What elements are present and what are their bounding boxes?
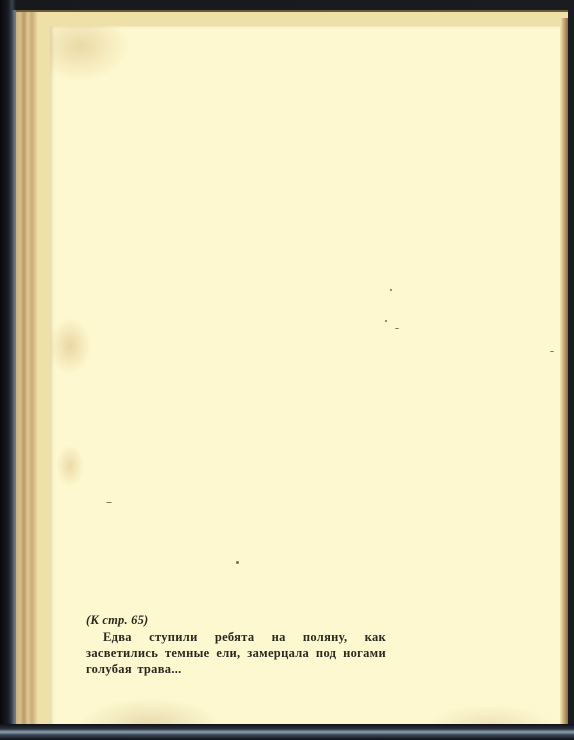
paper-speck <box>385 320 387 322</box>
page-right-edge <box>560 18 568 734</box>
paper-speck <box>395 328 399 329</box>
paper-speck <box>390 289 392 291</box>
scanner-bottom-edge <box>0 724 574 740</box>
illustration-caption: (К стр. 65) Едва ступили ребята на полян… <box>86 612 386 677</box>
paper-speck <box>106 502 112 503</box>
caption-text: Едва ступили ребята на поляну, как засве… <box>86 629 386 677</box>
paper-speck <box>550 351 554 352</box>
paper-speck <box>236 561 239 564</box>
page-reference: (К стр. 65) <box>86 612 386 628</box>
